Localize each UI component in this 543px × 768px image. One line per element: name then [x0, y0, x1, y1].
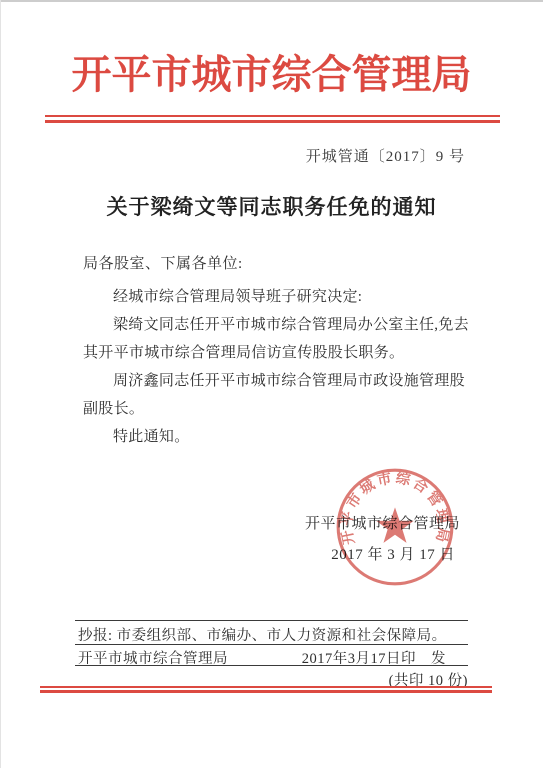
seal-stamp-icon: 开平市城市综合管理局: [333, 465, 457, 589]
scan-left-edge: [0, 0, 1, 768]
cc-line: 抄报: 市委组织部、市编办、市人力资源和社会保障局。: [78, 624, 447, 645]
body-line: 副股长。: [83, 395, 483, 423]
footer-red-rule: [40, 686, 492, 693]
body-line: 经城市综合管理局领导班子研究决定:: [83, 283, 483, 311]
seal-star-icon: [376, 507, 413, 543]
body-line: 特此通知。: [83, 423, 483, 451]
salutation: 局各股室、下属各单位:: [83, 252, 243, 273]
official-seal: 开平市城市综合管理局: [333, 465, 457, 589]
footer-rule-middle: [75, 644, 468, 645]
body-paragraphs: 经城市综合管理局领导班子研究决定:梁绮文同志任开平市城市综合管理局办公室主任,免…: [83, 283, 483, 451]
document-page: 开平市城市综合管理局 开城管通〔2017〕9 号 关于梁绮文等同志职务任免的通知…: [0, 0, 543, 768]
scan-top-edge: [0, 0, 543, 2]
body-line: 周济鑫同志任开平市城市综合管理局市政设施管理股: [83, 367, 483, 395]
header-red-rule: [45, 115, 500, 123]
doc-number: 开城管通〔2017〕9 号: [306, 145, 465, 166]
notice-title: 关于梁绮文等同志职务任免的通知: [0, 191, 543, 221]
body-line: 梁绮文同志任开平市城市综合管理局办公室主任,免去: [83, 311, 483, 339]
footer-rule-top: [75, 620, 468, 621]
header-agency-name: 开平市城市综合管理局: [0, 50, 543, 100]
footer-rule-bottom: [75, 665, 468, 666]
body-line: 其开平市城市综合管理局信访宣传股股长职务。: [83, 339, 483, 367]
